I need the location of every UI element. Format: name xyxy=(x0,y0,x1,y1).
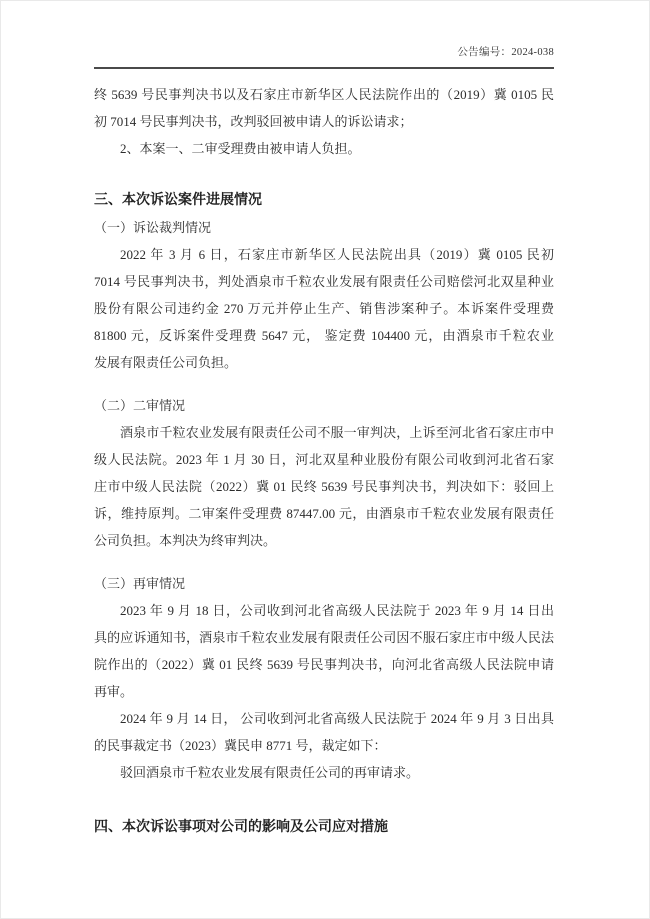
header-divider xyxy=(94,67,554,69)
text-line: 庄市中级人民法院（2022）冀 01 民终 5639 号民事判决书，判决如下：驳… xyxy=(94,473,554,500)
section-subheading: （三）再审情况 xyxy=(94,570,554,597)
text-line: 再审。 xyxy=(94,678,554,705)
paragraph: 2024 年 9 月 14 日， 公司收到河北省高级人民法院于 2024 年 9… xyxy=(94,705,554,759)
text-line: 公司负担。本判决为终审判决。 xyxy=(94,527,554,554)
document-header: 公告编号：2024-038 xyxy=(94,46,554,59)
document-body: 终 5639 号民事判决书以及石家庄市新华区人民法院作出的（2019）冀 010… xyxy=(94,81,554,841)
text-line: 初 7014 号民事判决书，改判驳回被申请人的诉讼请求； xyxy=(94,108,554,135)
text-line: 具的应诉通知书，酒泉市千粒农业发展有限责任公司因不服石家庄市中级人民法 xyxy=(94,624,554,651)
text-line: 终 5639 号民事判决书以及石家庄市新华区人民法院作出的（2019）冀 010… xyxy=(94,81,554,108)
section-heading: 四、本次诉讼事项对公司的影响及公司应对措施 xyxy=(94,814,554,841)
text-line: 诉，维持原判。二审案件受理费 87447.00 元，由酒泉市千粒农业发展有限责任 xyxy=(94,500,554,527)
text-line: 驳回酒泉市千粒农业发展有限责任公司的再审请求。 xyxy=(94,759,554,786)
document-page: 公告编号：2024-038 终 5639 号民事判决书以及石家庄市新华区人民法院… xyxy=(0,0,650,919)
text-line: 7014 号民事判决书，判处酒泉市千粒农业发展有限责任公司赔偿河北双星种业 xyxy=(94,268,554,295)
text-line: 2、本案一、二审受理费由被申请人负担。 xyxy=(94,135,554,162)
paragraph: 2023 年 9 月 18 日，公司收到河北省高级人民法院于 2023 年 9 … xyxy=(94,597,554,705)
text-line: 2023 年 9 月 18 日，公司收到河北省高级人民法院于 2023 年 9 … xyxy=(94,597,554,624)
text-line: 酒泉市千粒农业发展有限责任公司不服一审判决，上诉至河北省石家庄市中 xyxy=(94,419,554,446)
section-heading: 三、本次诉讼案件进展情况 xyxy=(94,187,554,214)
text-line: 2022 年 3 月 6 日，石家庄市新华区人民法院出具（2019）冀 0105… xyxy=(94,241,554,268)
paragraph: 驳回酒泉市千粒农业发展有限责任公司的再审请求。 xyxy=(94,759,554,786)
paragraph: 酒泉市千粒农业发展有限责任公司不服一审判决，上诉至河北省石家庄市中级人民法院。2… xyxy=(94,419,554,554)
text-line: 的民事裁定书（2023）冀民申 8771 号，裁定如下： xyxy=(94,732,554,759)
section-subheading: （二）二审情况 xyxy=(94,392,554,419)
text-line: 股份有限公司违约金 270 万元并停止生产、销售涉案种子。本诉案件受理费 xyxy=(94,295,554,322)
text-line: 发展有限责任公司负担。 xyxy=(94,349,554,376)
text-line: 2024 年 9 月 14 日， 公司收到河北省高级人民法院于 2024 年 9… xyxy=(94,705,554,732)
notice-number: 公告编号：2024-038 xyxy=(457,47,554,58)
text-line: 院作出的（2022）冀 01 民终 5639 号民事判决书，向河北省高级人民法院… xyxy=(94,651,554,678)
text-line: 81800 元，反诉案件受理费 5647 元， 鉴定费 104400 元，由酒泉… xyxy=(94,322,554,349)
section-subheading: （一）诉讼裁判情况 xyxy=(94,214,554,241)
paragraph: 2、本案一、二审受理费由被申请人负担。 xyxy=(94,135,554,162)
paragraph: 2022 年 3 月 6 日，石家庄市新华区人民法院出具（2019）冀 0105… xyxy=(94,241,554,376)
text-line: 级人民法院。2023 年 1 月 30 日，河北双星种业股份有限公司收到河北省石… xyxy=(94,446,554,473)
paragraph: 终 5639 号民事判决书以及石家庄市新华区人民法院作出的（2019）冀 010… xyxy=(94,81,554,135)
